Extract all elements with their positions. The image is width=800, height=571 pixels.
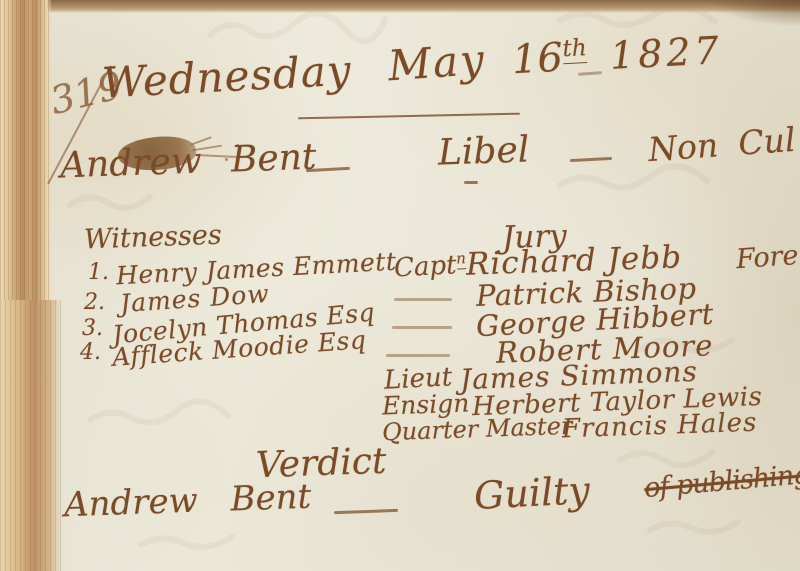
witness-number: 1. [88, 262, 109, 284]
heading-dash-stroke [578, 71, 602, 75]
divider-rule [298, 113, 520, 120]
verdict-struck-text: of publishing [643, 461, 800, 502]
book-binding-fan [0, 300, 62, 571]
witness-number: 2. [84, 292, 105, 314]
dash-stroke [386, 354, 450, 357]
witness-number: 3. [82, 318, 103, 340]
dash-stroke [334, 509, 398, 514]
verdict-finding: Guilty [473, 471, 591, 515]
heading-ordinal: th [562, 34, 588, 64]
heading-day: Wednesday [101, 49, 352, 104]
page-corner-shadow [710, 0, 800, 26]
jury-rank-text: Capt [393, 250, 457, 283]
verdict-defendant-name: Andrew Bent [63, 480, 311, 523]
book-top-edge [0, 0, 800, 13]
charge-label: Libel [437, 132, 529, 171]
dash-stroke [394, 298, 452, 301]
heading-day-number-text: 16 [511, 35, 564, 84]
jury-foreman-note: Foreman [735, 238, 800, 273]
heading-year: 1827 [609, 31, 724, 75]
jury-rank: Captn [393, 251, 467, 281]
dash-stroke [392, 326, 452, 329]
jury-rank: Quarter Master [382, 414, 573, 445]
jury-rank: Ensign [382, 390, 470, 418]
dash-stroke [464, 181, 478, 184]
defendant-name: Andrew Bent [59, 140, 317, 185]
dash-stroke [570, 157, 612, 162]
jury-member-name: Francis Hales [562, 410, 758, 443]
plea-label: Non Cul [647, 123, 796, 166]
heading-day-number: 16th [511, 36, 588, 80]
witnesses-heading: Witnesses [84, 222, 223, 254]
heading-month: May [387, 39, 487, 88]
witness-number: 4. [80, 342, 101, 364]
manuscript-page: 319 Wednesday May 16th 1827 Andrew Bent … [0, 0, 800, 571]
